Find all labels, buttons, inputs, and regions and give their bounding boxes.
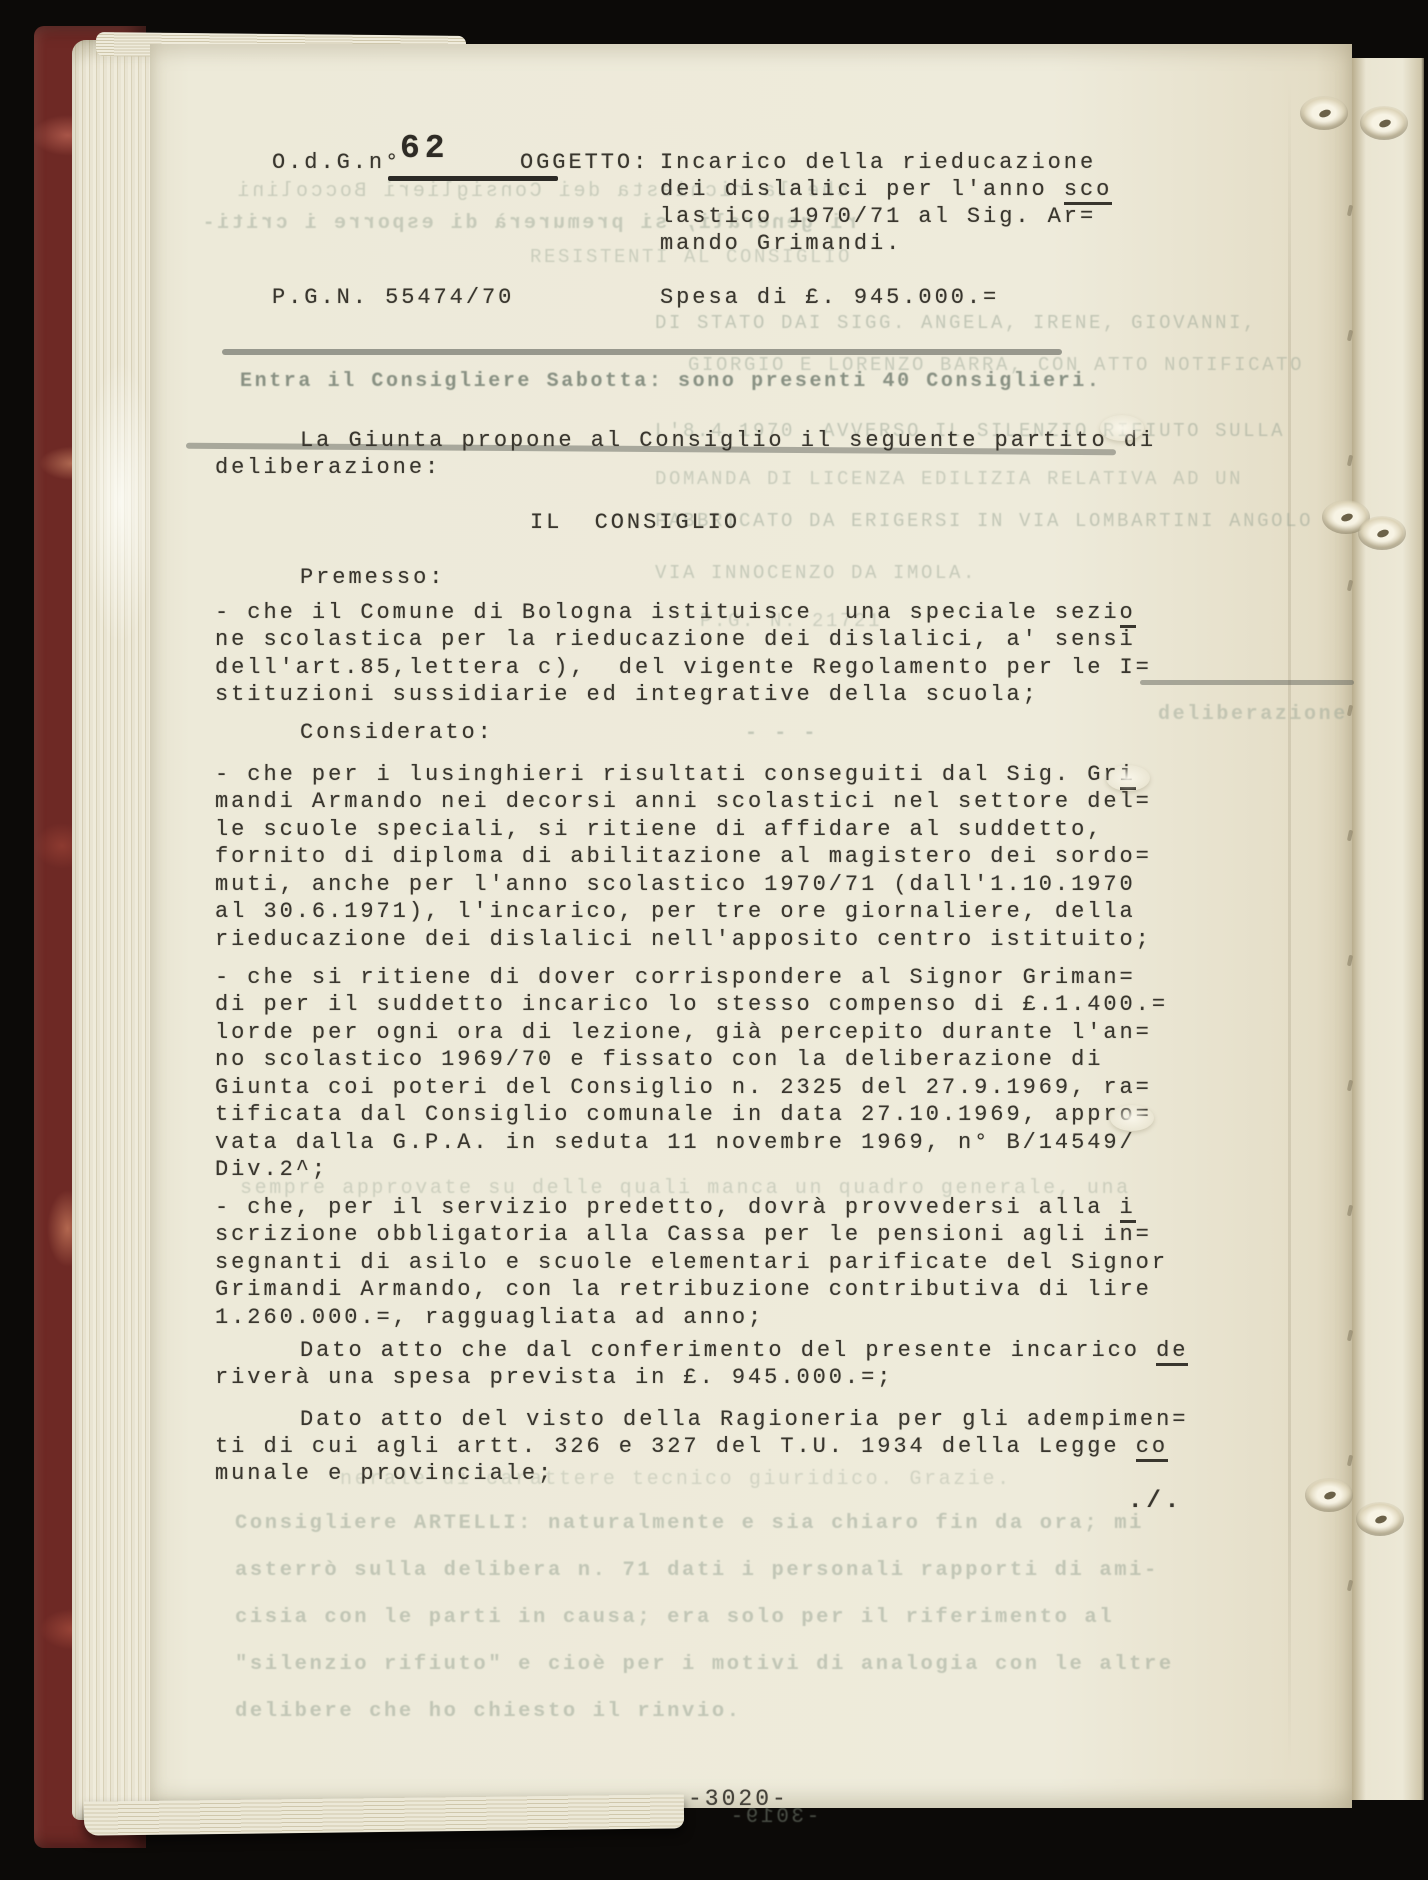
typed-line: Grimandi Armando, con la retribuzione co…	[215, 1277, 1152, 1302]
ghost-text: FABBRICATO DA ERIGERSI IN VIA LOMBARTINI…	[655, 510, 1313, 532]
typed-line: Div.2^;	[215, 1157, 328, 1182]
ghost-text: - - -	[745, 722, 818, 745]
typed-line: deliberazione:	[215, 455, 441, 480]
thread-tuft	[1305, 1478, 1353, 1512]
page-crease	[1288, 80, 1291, 1770]
continuation-underline: o	[1120, 600, 1136, 628]
continuation-underline: de	[1156, 1338, 1188, 1366]
continuation-underline: co	[1136, 1434, 1168, 1462]
typed-line: tificata dal Consiglio comunale in data …	[215, 1102, 1152, 1127]
thread-tuft	[1358, 516, 1406, 550]
ghost-text: cisia con le parti in causa; era solo pe…	[235, 1606, 1114, 1629]
typed-line: le scuole speciali, si ritiene di affida…	[215, 817, 1103, 842]
next-page-edge	[1352, 58, 1424, 1800]
typed-line: munale e provinciale;	[215, 1461, 554, 1486]
typed-line: Giunta coi poteri del Consiglio n. 2325 …	[215, 1075, 1152, 1100]
typed-line: muti, anche per l'anno scolastico 1970/7…	[215, 872, 1136, 897]
oggetto-label: OGGETTO:	[520, 150, 649, 175]
typed-line: lorde per ogni ora di lezione, già perce…	[215, 1020, 1152, 1045]
typed-line: - che il Comune di Bologna istituisce un…	[215, 600, 1136, 625]
typed-line: - che si ritiene di dover corrispondere …	[215, 965, 1136, 990]
typed-line: IL CONSIGLIO	[530, 510, 740, 535]
ghost-text: DI STATO DAI SIGG. ANGELA, IRENE, GIOVAN…	[655, 312, 1257, 334]
typed-line: La Giunta propone al Consiglio il seguen…	[300, 428, 1156, 453]
ghost-text: VIA INNOCENZO DA IMOLA.	[655, 562, 977, 584]
page-number: -3020-	[688, 1786, 789, 1812]
typed-line: Spesa di £. 945.000.=	[660, 285, 999, 310]
page-bottom-edges	[84, 1794, 684, 1835]
ghost-text: DOMANDA DI LICENZA EDILIZIA RELATIVA AD …	[655, 468, 1243, 490]
typed-line: ne scolastica per la rieducazione dei di…	[215, 627, 1136, 652]
typed-line: segnanti di asilo e scuole elementari pa…	[215, 1250, 1168, 1275]
typed-line: mandi Armando nei decorsi anni scolastic…	[215, 789, 1152, 814]
ghost-text: "silenzio rifiuto" e cioè per i motivi d…	[235, 1653, 1174, 1676]
typed-line: dell'art.85,lettera c), del vigente Rego…	[215, 655, 1152, 680]
odg-number-underline	[388, 176, 558, 181]
continuation-mark: ./.	[1128, 1488, 1183, 1515]
ghost-text: asterrò sulla delibera n. 71 dati i pers…	[235, 1559, 1159, 1582]
typed-line: Considerato:	[300, 720, 494, 745]
continuation-underline: sco	[1064, 177, 1112, 205]
typed-line: lastico 1970/71 al Sig. Ar=	[660, 204, 1096, 229]
typed-line: riverà una spesa prevista in £. 945.000.…	[215, 1365, 893, 1390]
typed-line: mando Grimandi.	[660, 231, 902, 256]
typed-line: Dato atto del visto della Ragioneria per…	[300, 1407, 1188, 1432]
typed-line: di per il suddetto incarico lo stesso co…	[215, 992, 1168, 1017]
thread-puff	[1110, 1105, 1154, 1131]
typed-line: no scolastico 1969/70 e fissato con la d…	[215, 1047, 1103, 1072]
book-photo: che la richiesta dei Consiglieri Boccoli…	[0, 0, 1428, 1880]
typed-line: Incarico della rieducazione	[660, 150, 1096, 175]
ghost-text: deliberazione	[1158, 703, 1348, 726]
typed-line: fornito di diploma di abilitazione al ma…	[215, 844, 1152, 869]
thread-tuft	[1356, 1502, 1404, 1536]
protocol-number: P.G.N. 55474/70	[272, 285, 514, 310]
thread-tuft	[1300, 96, 1348, 130]
typed-line: Premesso:	[300, 565, 445, 590]
typed-line: vata dalla G.P.A. in seduta 11 novembre …	[215, 1130, 1136, 1155]
ghost-text: Entra il Consigliere Sabotta: sono prese…	[240, 370, 1102, 393]
typed-line: al 30.6.1971), l'incarico, per tre ore g…	[215, 899, 1136, 924]
thread-tuft	[1360, 106, 1408, 140]
typed-line: Dato atto che dal conferimento del prese…	[300, 1338, 1188, 1363]
typed-line: - che, per il servizio predetto, dovrà p…	[215, 1195, 1136, 1220]
ghost-text: Consigliere ARTELLI: naturalmente e sia …	[235, 1512, 1144, 1535]
continuation-underline: i	[1120, 1195, 1136, 1223]
typed-line: ti di cui agli artt. 326 e 327 del T.U. …	[215, 1434, 1168, 1459]
thread-puff	[1106, 765, 1150, 791]
ghost-text: delibere che ho chiesto il rinvio.	[235, 1700, 742, 1723]
ghost-strike-bar	[1140, 680, 1354, 685]
typed-line: 1.260.000.=, ragguagliata ad anno;	[215, 1305, 764, 1330]
thread-puff	[1100, 415, 1144, 441]
typed-line: - che per i lusinghieri risultati conseg…	[215, 762, 1136, 787]
typed-line: dei dislalici per l'anno sco	[660, 177, 1112, 202]
typed-line: stituzioni sussidiarie ed integrative de…	[215, 682, 1039, 707]
odg-number: 62	[400, 130, 450, 167]
typed-line: scrizione obbligatoria alla Cassa per le…	[215, 1222, 1152, 1247]
odg-label: O.d.G.n°	[272, 150, 401, 175]
typed-line: rieducazione dei dislalici nell'apposito…	[215, 927, 1152, 952]
